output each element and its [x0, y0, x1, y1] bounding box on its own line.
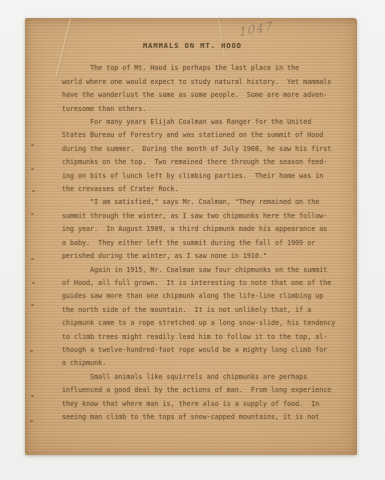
page-content: MAMMALS ON MT. HOOD The top of Mt. Hood …: [25, 18, 357, 455]
ink-speck: [31, 395, 34, 397]
ink-speck: [31, 304, 34, 306]
paragraph: Again in 1915, Mr. Coalman saw four chip…: [62, 264, 337, 371]
document-page: 1047 MAMMALS ON MT. HOOD The top of Mt. …: [25, 18, 357, 455]
ink-speck: [32, 282, 35, 284]
ink-speck: [31, 258, 34, 260]
ink-speck: [31, 213, 34, 215]
scan-background: 1047 MAMMALS ON MT. HOOD The top of Mt. …: [0, 0, 385, 480]
ink-speck: [30, 350, 33, 352]
body-text: The top of Mt. Hood is perhaps the last …: [62, 62, 337, 424]
page-title: MAMMALS ON MT. HOOD: [62, 40, 337, 53]
paragraph: The top of Mt. Hood is perhaps the last …: [62, 62, 337, 116]
ink-speck: [31, 168, 34, 170]
paragraph: Small animals like squirrels and chipmun…: [62, 371, 337, 425]
ink-speck: [31, 144, 34, 146]
paragraph: For many years Elijah Coalman was Ranger…: [62, 116, 337, 196]
paragraph: "I am satisfied," says Mr. Coalman, "The…: [62, 196, 337, 263]
ink-speck: [32, 190, 35, 192]
ink-speck: [30, 420, 33, 422]
